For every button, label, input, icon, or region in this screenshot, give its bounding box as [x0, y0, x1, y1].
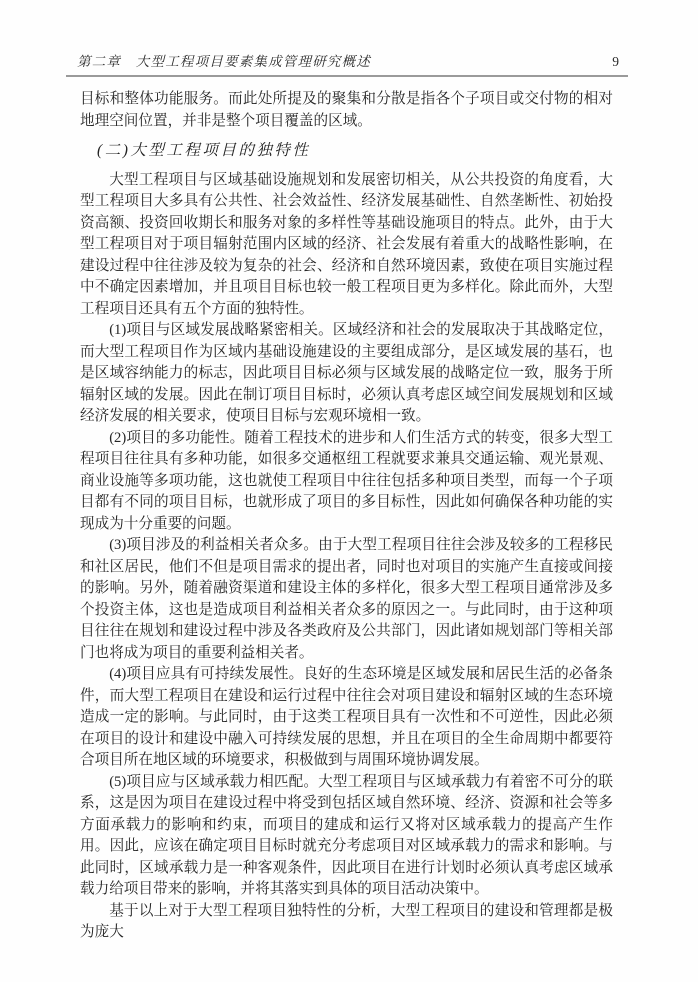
paragraph-point-2: (2)项目的多功能性。随着工程技术的进步和人们生活方式的转变，很多大型工程项目往… [80, 428, 613, 536]
paragraph-point-5: (5)项目应与区域承载力相匹配。大型工程项目与区域承载力有着密不可分的联系，这是… [80, 772, 613, 901]
page-body: 目标和整体功能服务。而此处所提及的聚集和分散是指各个子项目或交付物的相对地理空间… [80, 89, 613, 944]
paragraph-intro: 大型工程项目与区域基础设施规划和发展密切相关，从公共投资的角度看，大型工程项目大… [80, 170, 613, 321]
chapter-title: 第二章 大型工程项目要素集成管理研究概述 [66, 50, 371, 70]
page-number: 9 [612, 54, 628, 70]
book-page: 第二章 大型工程项目要素集成管理研究概述 9 目标和整体功能服务。而此处所提及的… [0, 0, 698, 982]
paragraph-point-3: (3)项目涉及的利益相关者众多。由于大型工程项目往往会涉及较多的工程移民和社区居… [80, 535, 613, 664]
paragraph-point-1: (1)项目与区域发展战略紧密相关。区域经济和社会的发展取决于其战略定位，而大型工… [80, 320, 613, 428]
paragraph-point-4: (4)项目应具有可持续发展性。良好的生态环境是区域发展和居民生活的必备条件，而大… [80, 664, 613, 772]
paragraph-closing: 基于以上对于大型工程项目独特性的分析，大型工程项目的建设和管理都是极为庞大 [80, 901, 613, 944]
running-header: 第二章 大型工程项目要素集成管理研究概述 9 [66, 50, 628, 77]
paragraph-continuation: 目标和整体功能服务。而此处所提及的聚集和分散是指各个子项目或交付物的相对地理空间… [80, 89, 613, 132]
section-heading: (二)大型工程项目的独特性 [80, 140, 613, 162]
